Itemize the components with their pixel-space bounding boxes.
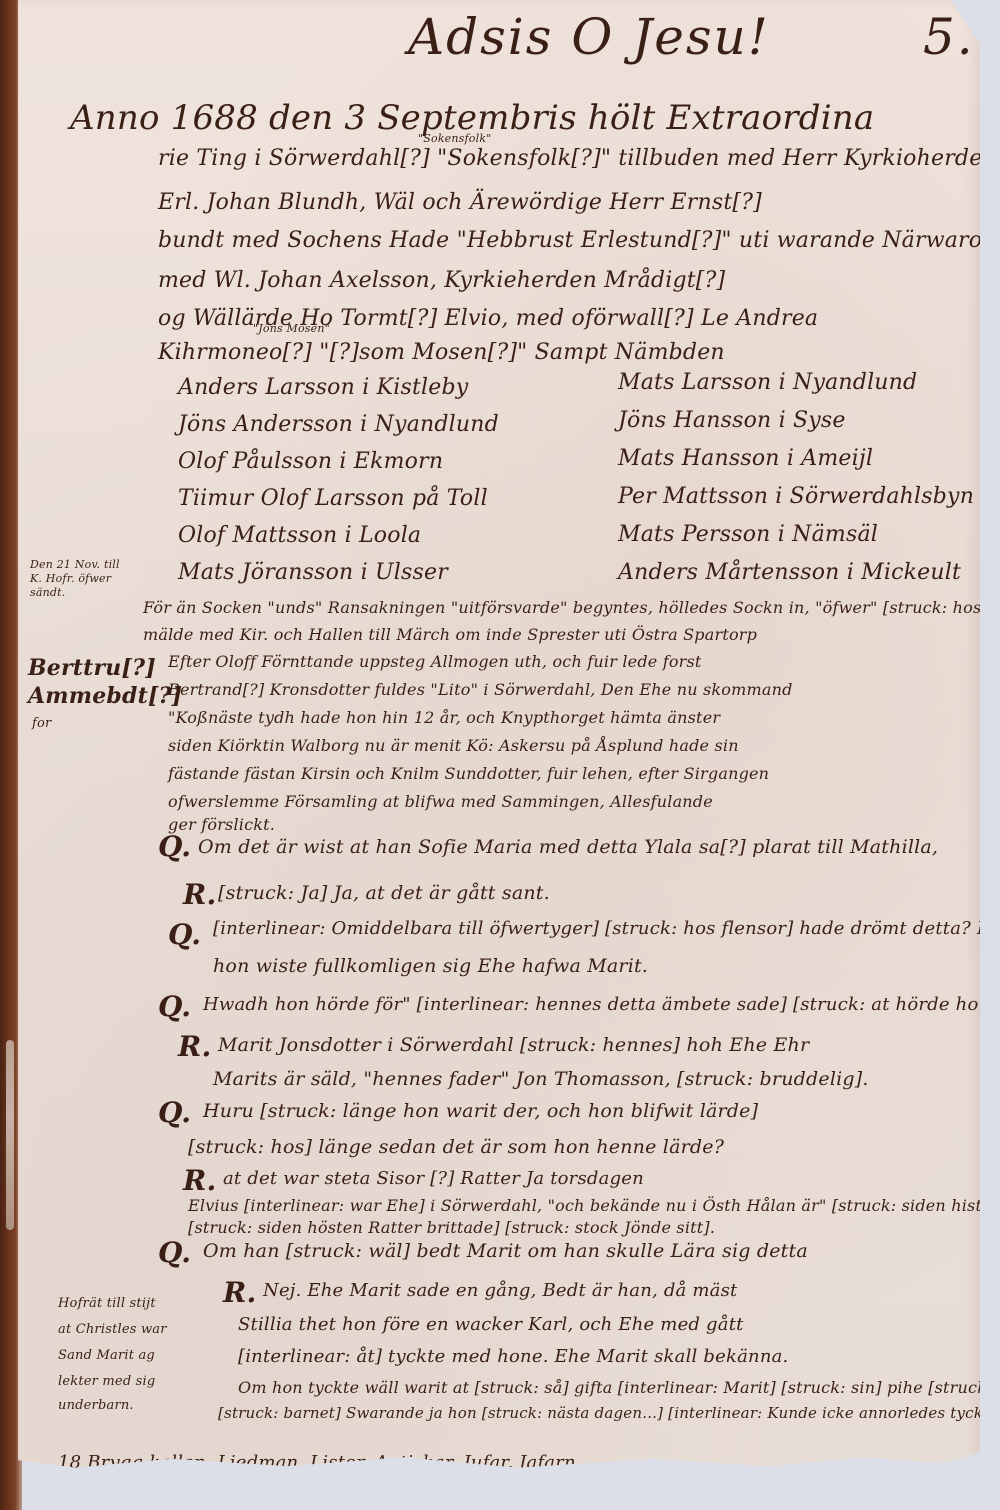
interlinear-note: "Sokensfolk"	[418, 132, 491, 145]
interlinear-note: "Jöns Mosen"	[253, 322, 330, 335]
opening-line-7: Kihrmoneo[?] "[?]som Mosen[?]" Sampt Näm…	[158, 340, 725, 365]
qa-text: Om han [struck: wäl] bedt Marit om han s…	[203, 1240, 808, 1262]
juror-name: Mats Persson i Nämsäl	[618, 522, 878, 547]
juror-name: Anders Mårtensson i Mickeult	[618, 560, 961, 585]
qa-label: R.	[183, 1164, 216, 1197]
margin-note-line: underbarn.	[58, 1398, 134, 1413]
juror-name: Tiimur Olof Larsson på Toll	[178, 486, 488, 511]
juror-name: Mats Hansson i Ameijl	[618, 446, 873, 471]
body-line: Bertrand[?] Kronsdotter fuldes "Lito" i …	[168, 680, 793, 699]
qa-text: Om hon tyckte wäll warit at [struck: så]…	[238, 1378, 1000, 1397]
body-line: fästande fästan Kirsin och Knilm Sunddot…	[168, 764, 769, 783]
qa-text: [struck: Ja] Ja, at det är gått sant.	[218, 882, 550, 904]
page-number: 5.	[923, 8, 975, 66]
margin-note-line: K. Hofr. öfwer	[30, 572, 111, 585]
juror-name: Anders Larsson i Kistleby	[178, 375, 468, 400]
qa-label: R.	[178, 1030, 211, 1063]
qa-text: Om det är wist at han Sofie Maria med de…	[198, 836, 938, 858]
qa-text: [struck: barnet] Swarande ja hon [struck…	[218, 1404, 1000, 1422]
juror-name: Mats Larsson i Nyandlund	[618, 370, 917, 395]
qa-text: [struck: hos] länge sedan det är som hon…	[188, 1136, 724, 1158]
body-line: För än Socken "unds" Ransakningen "uitfö…	[143, 598, 1000, 617]
qa-text: [interlinear: Omiddelbara till öfwertyge…	[213, 918, 1000, 939]
qa-label: Q.	[168, 918, 201, 951]
margin-note-line: Hofrät till stijt	[58, 1296, 156, 1311]
body-line: ofwerslemme Församling at blifwa med Sam…	[168, 792, 713, 811]
qa-label: Q.	[158, 1236, 191, 1269]
invocation-heading: Adsis O Jesu!	[408, 8, 770, 66]
qa-text: Hwadh hon hörde för" [interlinear: henne…	[203, 994, 1000, 1015]
qa-text: Huru [struck: länge hon warit der, och h…	[203, 1100, 758, 1122]
qa-text: Marit Jonsdotter i Sörwerdahl [struck: h…	[218, 1034, 809, 1056]
juror-name: Jöns Hansson i Syse	[618, 408, 846, 433]
margin-note-line: sändt.	[30, 586, 65, 599]
manuscript-page: Adsis O Jesu! 5. Anno 1688 den 3 Septemb…	[18, 0, 980, 1490]
juror-name: Mats Jöransson i Ulsser	[178, 560, 448, 585]
qa-label: R.	[183, 878, 216, 911]
body-line: Efter Oloff Förnttande uppsteg Allmogen …	[168, 652, 702, 671]
margin-note-line: Sand Marit ag	[58, 1348, 155, 1363]
margin-note-line: at Christles war	[58, 1322, 167, 1337]
margin-note-line: Den 21 Nov. till	[30, 558, 120, 571]
body-line: "Koßnäste tydh hade hon hin 12 år, och K…	[168, 708, 720, 727]
qa-text: at det war steta Sisor [?] Ratter Ja tor…	[223, 1168, 644, 1189]
qa-text: Stillia thet hon före en wacker Karl, oc…	[238, 1314, 744, 1335]
body-line: siden Kiörktin Walborg nu är menit Kö: A…	[168, 736, 739, 755]
final-line: 18 Brygg kallen, Liedman, Listor, Antisk…	[58, 1452, 582, 1473]
juror-name: Per Mattsson i Sörwerdahlsbyn	[618, 484, 974, 509]
margin-note-line: lekter med sig	[58, 1374, 155, 1389]
qa-label: R.	[223, 1276, 256, 1309]
opening-line-5: med Wl. Johan Axelsson, Kyrkieherden Mrå…	[158, 268, 725, 293]
juror-name: Jöns Andersson i Nyandlund	[178, 412, 499, 437]
margin-heading-line: Berttru[?]	[28, 655, 156, 681]
opening-line-2: rie Ting i Sörwerdahl[?] "Sokensfolk[?]"…	[158, 146, 997, 171]
opening-line-3: Erl. Johan Blundh, Wäl och Ärewördige He…	[158, 190, 762, 215]
juror-name: Olof Mattsson i Loola	[178, 523, 421, 548]
juror-name: Olof Påulsson i Ekmorn	[178, 449, 443, 474]
qa-text: Marits är säld, "hennes fader" Jon Thoma…	[213, 1068, 869, 1090]
qa-text: [interlinear: åt] tyckte med hone. Ehe M…	[238, 1346, 788, 1367]
qa-text: hon wiste fullkomligen sig Ehe hafwa Mar…	[213, 955, 648, 977]
qa-text: Nej. Ehe Marit sade en gång, Bedt är han…	[263, 1280, 737, 1301]
qa-label: Q.	[158, 990, 191, 1023]
margin-heading-line: Ammebdt[?]	[28, 683, 182, 709]
qa-text: [struck: siden hösten Ratter brittade] […	[188, 1218, 715, 1237]
opening-line-4: bundt med Sochens Hade "Hebbrust Erlestu…	[158, 228, 1000, 253]
qa-text: Elvius [interlinear: war Ehe] i Sörwerda…	[188, 1196, 1000, 1215]
qa-label: Q.	[158, 830, 191, 863]
qa-label: Q.	[158, 1096, 191, 1129]
body-line: mälde med Kir. och Hallen till Märch om …	[143, 625, 757, 644]
margin-heading-line: for	[32, 716, 51, 731]
